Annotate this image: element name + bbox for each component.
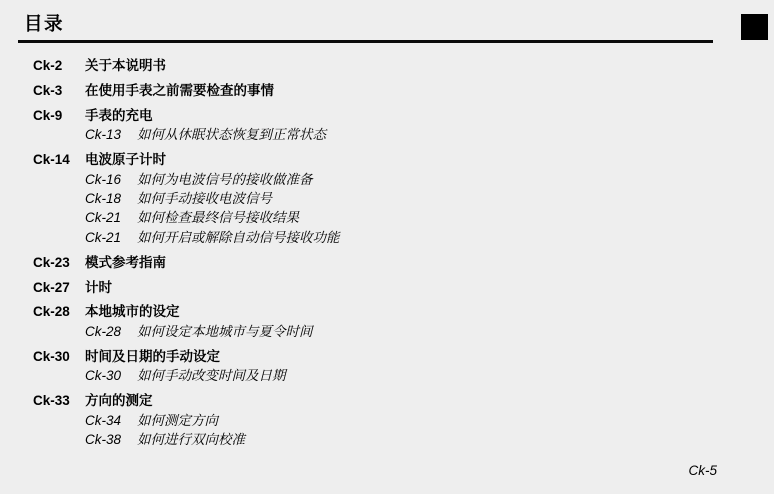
toc-entry-title: 关于本说明书 bbox=[85, 56, 756, 75]
page-title: 目录 bbox=[18, 13, 713, 35]
toc-entry: Ck-27 计时 bbox=[33, 278, 756, 297]
footer-page-number: Ck-5 bbox=[688, 463, 717, 479]
toc-subentry-page: Ck-21 bbox=[85, 208, 137, 227]
toc-entry-page: Ck-14 bbox=[33, 150, 85, 169]
toc-subentry: Ck-16 如何为电波信号的接收做准备 bbox=[85, 170, 756, 189]
toc-subentry: Ck-30 如何手动改变时间及日期 bbox=[85, 366, 756, 385]
toc-entry-title: 模式参考指南 bbox=[85, 253, 756, 272]
toc-entry-page: Ck-33 bbox=[33, 391, 85, 410]
toc-subentry: Ck-34 如何测定方向 bbox=[85, 411, 756, 430]
toc-subentry-page: Ck-16 bbox=[85, 170, 137, 189]
toc-subentry-page: Ck-13 bbox=[85, 125, 137, 144]
toc-subentry-page: Ck-28 bbox=[85, 322, 137, 341]
toc-entry-title: 计时 bbox=[85, 278, 756, 297]
table-of-contents: Ck-2 关于本说明书 Ck-3 在使用手表之前需要检查的事情 Ck-9 手表的… bbox=[33, 51, 756, 450]
toc-entry-page: Ck-28 bbox=[33, 302, 85, 321]
toc-subentry: Ck-21 如何检查最终信号接收结果 bbox=[85, 208, 756, 227]
toc-subentry: Ck-18 如何手动接收电波信号 bbox=[85, 189, 756, 208]
toc-subentry-page: Ck-21 bbox=[85, 228, 137, 247]
toc-entry-title: 时间及日期的手动设定 bbox=[85, 347, 756, 366]
toc-subentry-title: 如何开启或解除自动信号接收功能 bbox=[137, 228, 756, 247]
toc-entry-title: 在使用手表之前需要检查的事情 bbox=[85, 81, 756, 100]
toc-subentry-title: 如何检查最终信号接收结果 bbox=[137, 208, 756, 227]
header-rule bbox=[18, 40, 713, 43]
toc-entry-title: 方向的测定 bbox=[85, 391, 756, 410]
toc-entry-page: Ck-30 bbox=[33, 347, 85, 366]
toc-subentry-title: 如何从休眠状态恢复到正常状态 bbox=[137, 125, 756, 144]
toc-subentry-title: 如何手动改变时间及日期 bbox=[137, 366, 756, 385]
corner-marker-square bbox=[741, 14, 768, 40]
toc-subentry-title: 如何测定方向 bbox=[137, 411, 756, 430]
toc-entry-page: Ck-23 bbox=[33, 253, 85, 272]
toc-entry: Ck-3 在使用手表之前需要检查的事情 bbox=[33, 81, 756, 100]
toc-subentry-title: 如何手动接收电波信号 bbox=[137, 189, 756, 208]
toc-subentry-title: 如何设定本地城市与夏令时间 bbox=[137, 322, 756, 341]
toc-entry: Ck-30 时间及日期的手动设定 bbox=[33, 347, 756, 366]
toc-subentry-title: 如何为电波信号的接收做准备 bbox=[137, 170, 756, 189]
toc-subentry-page: Ck-34 bbox=[85, 411, 137, 430]
toc-entry: Ck-33 方向的测定 bbox=[33, 391, 756, 410]
toc-entry-page: Ck-9 bbox=[33, 106, 85, 125]
page-header: 目录 bbox=[18, 13, 713, 43]
toc-entry: Ck-23 模式参考指南 bbox=[33, 253, 756, 272]
toc-subentry-title: 如何进行双向校准 bbox=[137, 430, 756, 449]
toc-subentry: Ck-28 如何设定本地城市与夏令时间 bbox=[85, 322, 756, 341]
toc-entry-title: 本地城市的设定 bbox=[85, 302, 756, 321]
toc-entry-page: Ck-3 bbox=[33, 81, 85, 100]
toc-subentry: Ck-38 如何进行双向校准 bbox=[85, 430, 756, 449]
toc-subentry: Ck-13 如何从休眠状态恢复到正常状态 bbox=[85, 125, 756, 144]
toc-entry: Ck-14 电波原子计时 bbox=[33, 150, 756, 169]
toc-entry-title: 电波原子计时 bbox=[85, 150, 756, 169]
toc-subentry-page: Ck-38 bbox=[85, 430, 137, 449]
toc-subentry-page: Ck-30 bbox=[85, 366, 137, 385]
toc-entry-page: Ck-27 bbox=[33, 278, 85, 297]
toc-subentry: Ck-21 如何开启或解除自动信号接收功能 bbox=[85, 228, 756, 247]
toc-entry-title: 手表的充电 bbox=[85, 106, 756, 125]
toc-entry: Ck-2 关于本说明书 bbox=[33, 56, 756, 75]
toc-subentry-page: Ck-18 bbox=[85, 189, 137, 208]
toc-entry: Ck-9 手表的充电 bbox=[33, 106, 756, 125]
toc-entry-page: Ck-2 bbox=[33, 56, 85, 75]
toc-entry: Ck-28 本地城市的设定 bbox=[33, 302, 756, 321]
